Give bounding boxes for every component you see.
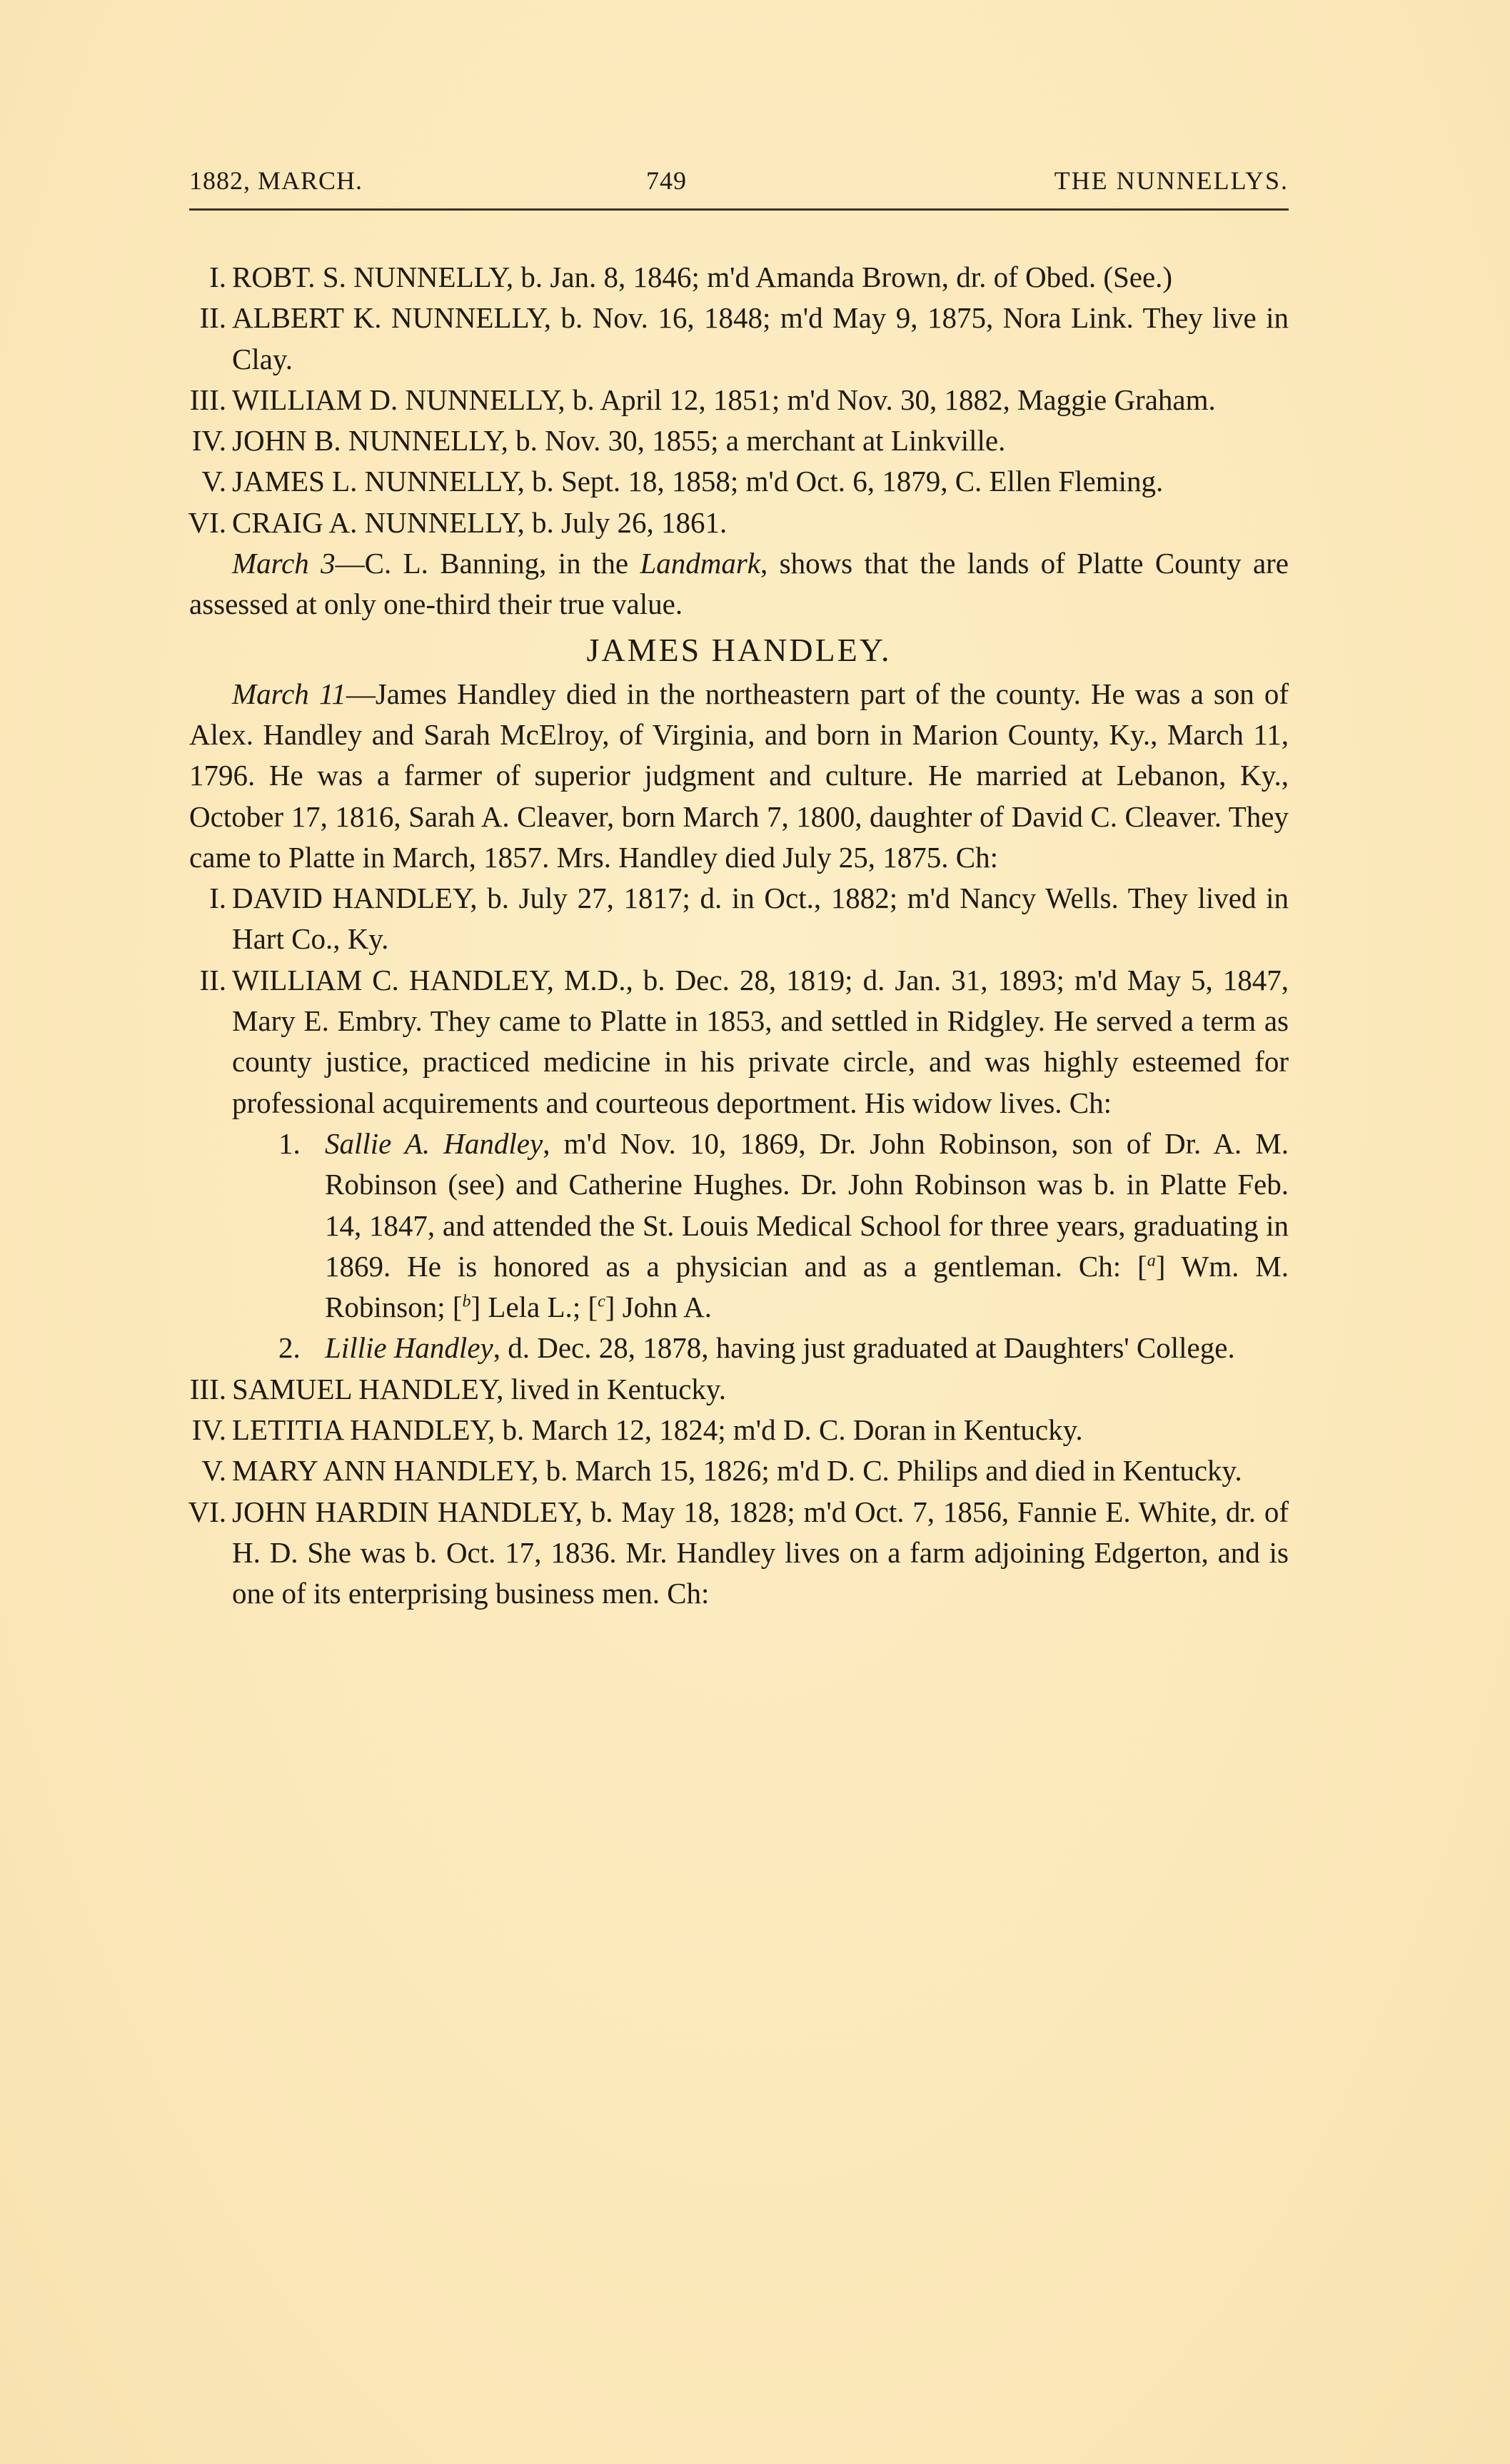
list-item: V.MARY ANN HANDLEY, b. March 15, 1826; m… — [189, 1450, 1289, 1491]
running-head: 1882, MARCH. 749 THE NUNNELLYS. — [189, 166, 1289, 197]
person-name: JAMES L. NUNNELLY — [232, 465, 517, 498]
running-head-date: 1882, MARCH. — [189, 166, 363, 196]
list-item: VI.CRAIG A. NUNNELLY, b. July 26, 1861. — [189, 503, 1289, 543]
list-item: IV.JOHN B. NUNNELLY, b. Nov. 30, 1855; a… — [189, 420, 1289, 461]
person-name: MARY ANN HANDLEY — [232, 1454, 531, 1487]
entry-date: March 3 — [232, 547, 336, 580]
person-name: Sallie A. Handley — [325, 1127, 543, 1160]
william-children-list: 1.Sallie A. Handley, m'd Nov. 10, 1869, … — [189, 1124, 1289, 1369]
list-item: III.WILLIAM D. NUNNELLY, b. April 12, 18… — [189, 380, 1289, 420]
person-name: Lillie Handley — [325, 1331, 493, 1364]
list-item: III.SAMUEL HANDLEY, lived in Kentucky. — [189, 1369, 1289, 1410]
page-body: I.ROBT. S. NUNNELLY, b. Jan. 8, 1846; m'… — [189, 257, 1289, 1615]
entry-date: March 11 — [232, 677, 346, 710]
list-item: IV.LETITIA HANDLEY, b. March 12, 1824; m… — [189, 1410, 1289, 1450]
person-name: WILLIAM D. NUNNELLY — [232, 383, 558, 416]
list-item: V.JAMES L. NUNNELLY, b. Sept. 18, 1858; … — [189, 461, 1289, 502]
march-11-paragraph: March 11—James Handley died in the north… — [189, 674, 1289, 878]
publication-title: Landmark — [640, 547, 760, 580]
list-item: II.WILLIAM C. HANDLEY, M.D., b. Dec. 28,… — [189, 960, 1289, 1124]
section-heading: JAMES HANDLEY. — [189, 628, 1289, 672]
person-name: SAMUEL HANDLEY — [232, 1373, 496, 1405]
person-name: WILLIAM C. HANDLEY — [232, 964, 547, 996]
list-item: II.ALBERT K. NUNNELLY, b. Nov. 16, 1848;… — [189, 298, 1289, 380]
person-name: JOHN HARDIN HANDLEY — [232, 1495, 575, 1528]
person-name: LETITIA HANDLEY — [232, 1413, 488, 1446]
page-number: 749 — [646, 166, 687, 196]
person-name: ALBERT K. NUNNELLY — [232, 301, 544, 334]
list-item: I.ROBT. S. NUNNELLY, b. Jan. 8, 1846; m'… — [189, 257, 1289, 298]
nunnelly-children-list: I.ROBT. S. NUNNELLY, b. Jan. 8, 1846; m'… — [189, 257, 1289, 543]
handley-children-list: I.DAVID HANDLEY, b. July 27, 1817; d. in… — [189, 878, 1289, 1614]
person-name: ROBT. S. NUNNELLY — [232, 261, 506, 293]
header-rule — [189, 208, 1289, 211]
list-item: 2.Lillie Handley, d. Dec. 28, 1878, havi… — [189, 1328, 1289, 1368]
list-item: I.DAVID HANDLEY, b. July 27, 1817; d. in… — [189, 878, 1289, 960]
person-name: DAVID HANDLEY — [232, 882, 470, 914]
person-name: JOHN B. NUNNELLY — [232, 424, 501, 457]
list-item: 1.Sallie A. Handley, m'd Nov. 10, 1869, … — [189, 1124, 1289, 1328]
list-item: VI.JOHN HARDIN HANDLEY, b. May 18, 1828;… — [189, 1492, 1289, 1615]
person-name: CRAIG A. NUNNELLY — [232, 506, 517, 539]
running-head-title: THE NUNNELLYS. — [1055, 166, 1289, 196]
march-3-paragraph: March 3—C. L. Banning, in the Landmark, … — [189, 543, 1289, 625]
